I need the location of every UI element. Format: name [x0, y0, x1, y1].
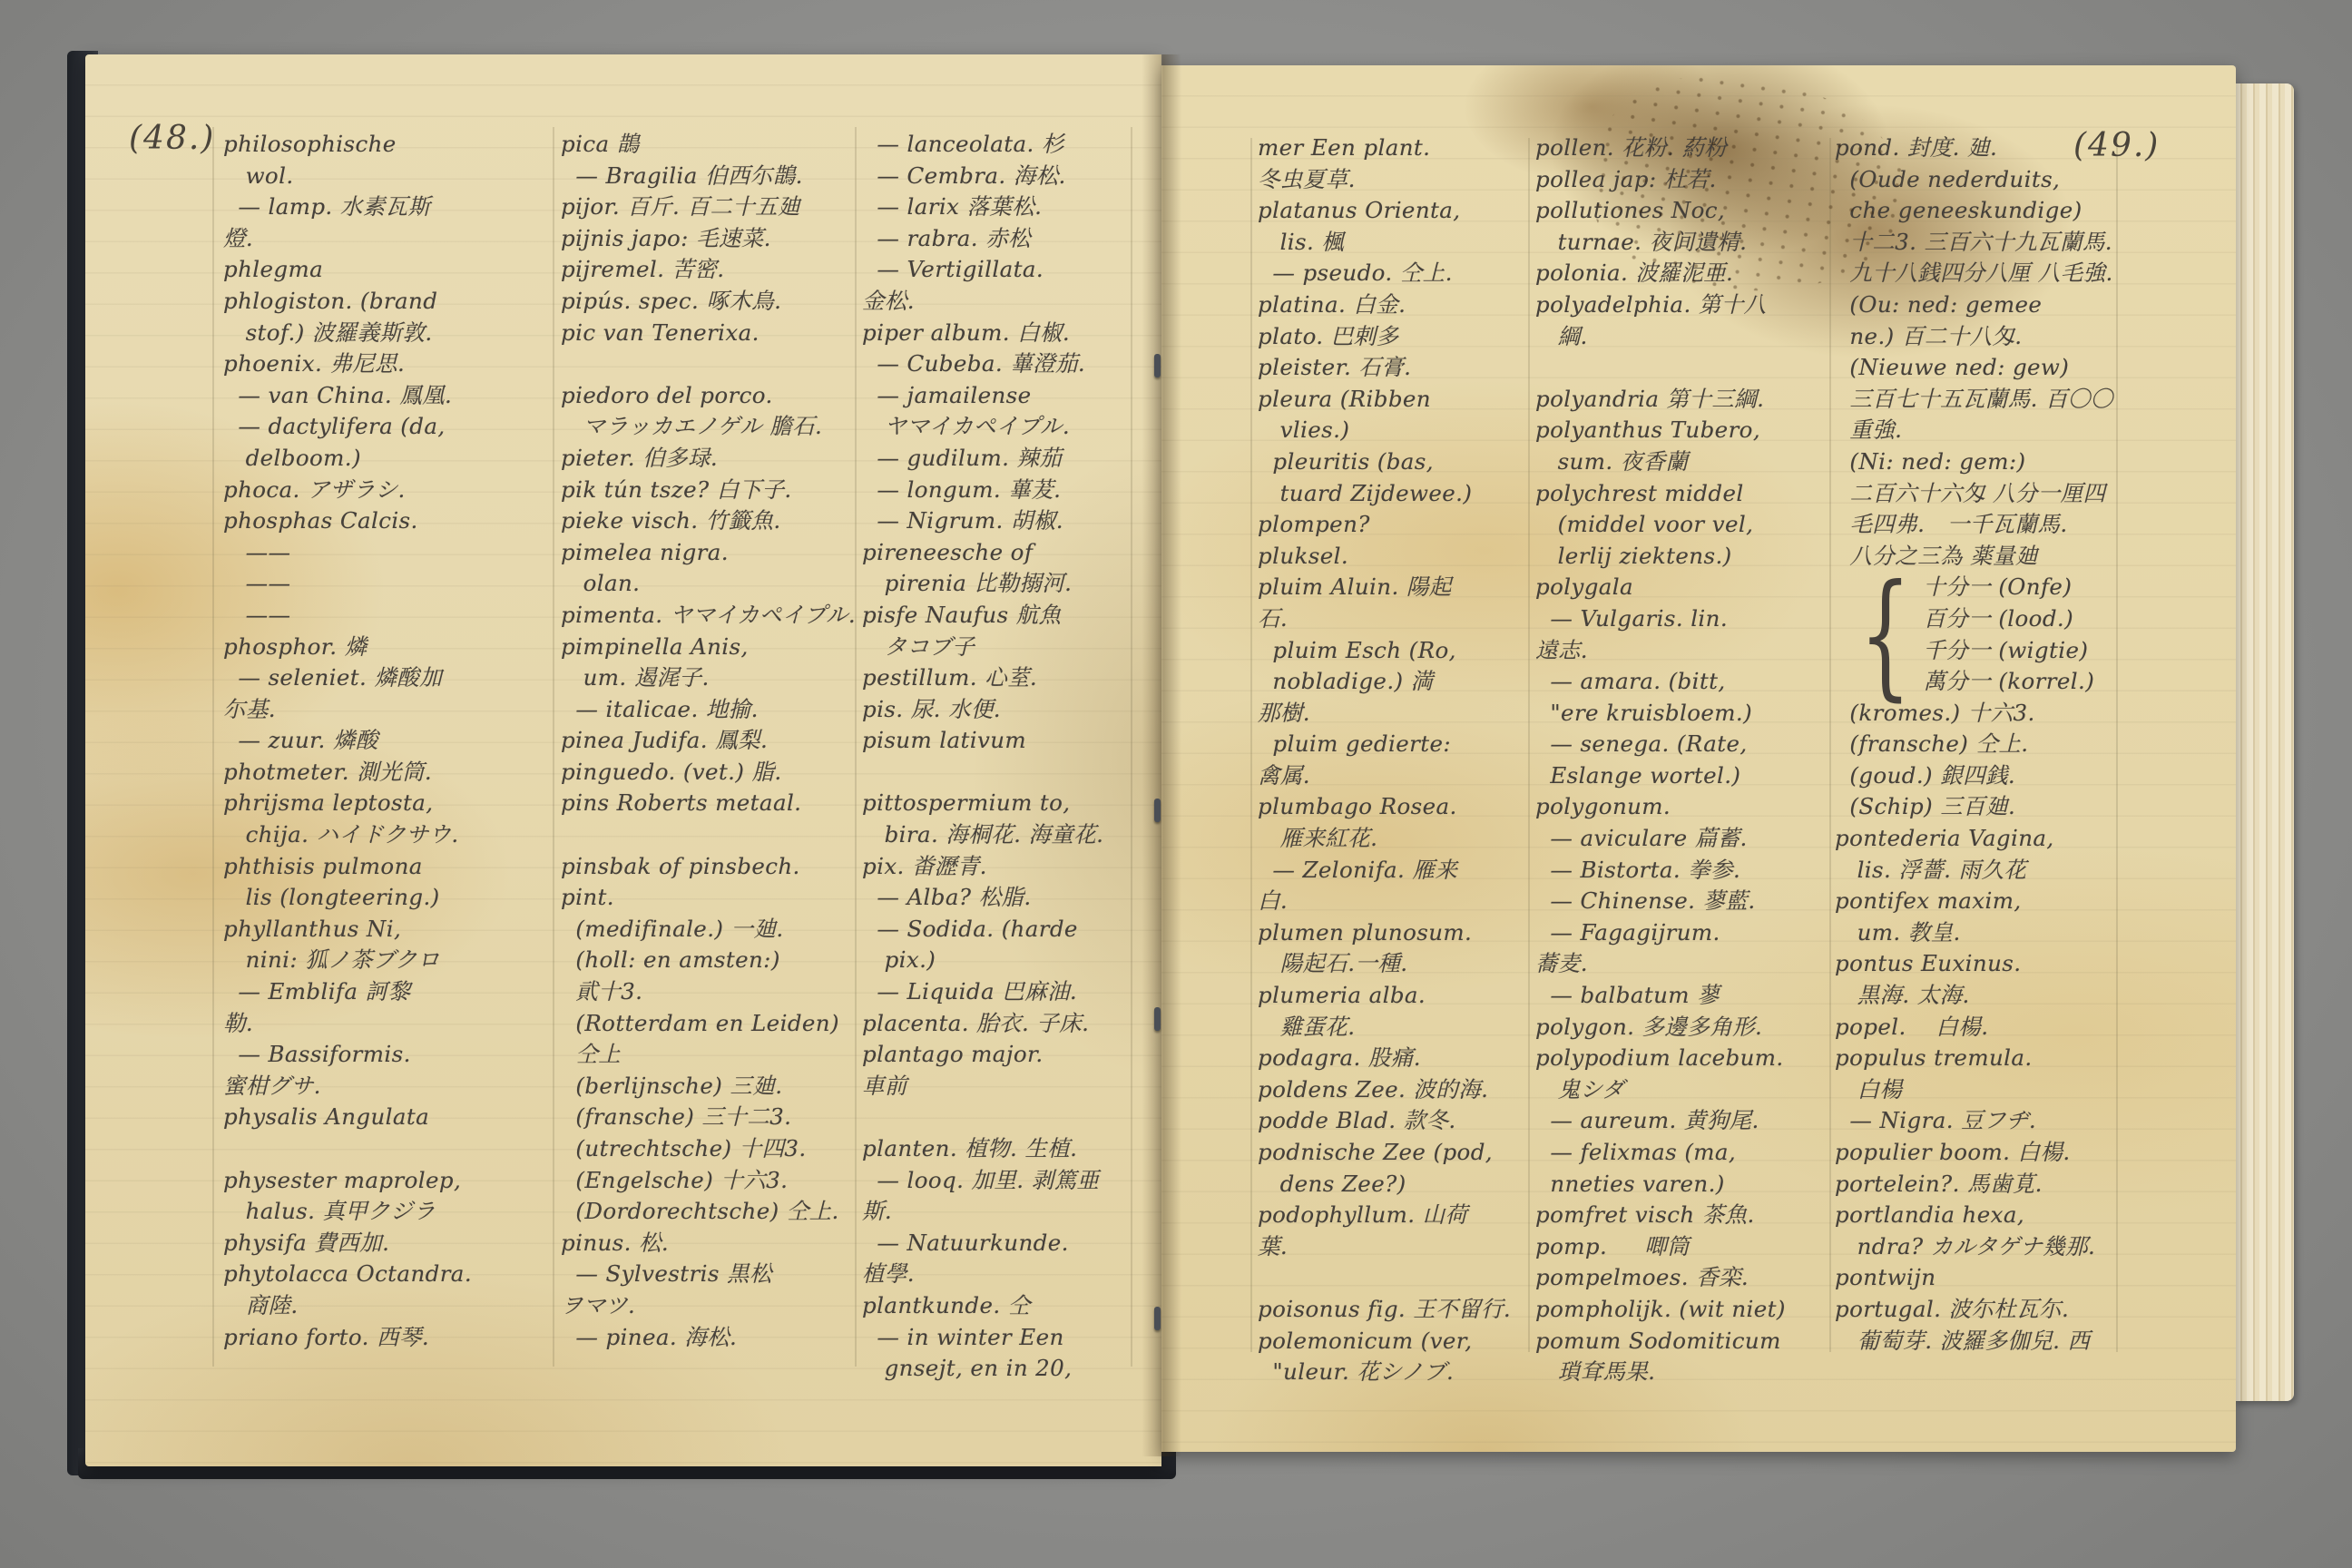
binding-stitch — [1154, 1007, 1161, 1031]
text-line: pint. — [561, 882, 860, 914]
text-line: 重強. — [1835, 415, 2198, 446]
text-line: マラッカエノゲル 膽石. — [561, 411, 860, 443]
binding-stitch — [1154, 354, 1161, 377]
page-number-left: (48.) — [129, 120, 215, 157]
text-line: plumeria alba. — [1258, 980, 1530, 1012]
text-line: 瑣耷馬果. — [1535, 1357, 1835, 1388]
text-line: 二百六十六匁 八分一厘四 — [1835, 478, 2198, 510]
text-line: — balbatum 蓼 — [1535, 980, 1835, 1012]
text-line: — rabra. 赤松 — [862, 223, 1143, 255]
text-line: 千分一 (wigtie) — [1923, 635, 2094, 667]
text-line: 雞蛋花. — [1258, 1012, 1530, 1044]
text-line: ヲマツ. — [561, 1290, 860, 1322]
text-line: pijnis japo: 毛速菜. — [561, 223, 860, 255]
text-line: — larix 落葉松. — [862, 191, 1143, 223]
text-line: 石. — [1258, 603, 1530, 635]
text-line: 陽起石.一種. — [1258, 948, 1530, 980]
text-line: — dactylifera (da, — [223, 411, 559, 443]
text-line: pomum Sodomiticum — [1535, 1326, 1835, 1357]
text-line: ndra? カルタゲナ幾那. — [1835, 1231, 2198, 1263]
binding-stitch — [1154, 799, 1161, 822]
text-line: 毛四弗. 一千瓦蘭馬. — [1835, 509, 2198, 541]
left-page: (48.) philosophische wol. — lamp. 水素瓦斯燈.… — [85, 54, 1161, 1466]
text-line: wol. — [223, 161, 559, 192]
text-line: 貮十3. — [561, 976, 860, 1008]
text-line: pomfret visch 茶魚. — [1535, 1200, 1835, 1231]
text-line: — Emblifa 訶黎 — [223, 976, 559, 1008]
weight-units-brace-group: { 十分一 (Onfe)百分一 (lood.)千分一 (wigtie)萬分一 (… — [1835, 572, 2198, 697]
text-line — [223, 1133, 559, 1165]
text-line: 鬼シダ — [1535, 1074, 1835, 1106]
text-line: populus tremula. — [1835, 1043, 2198, 1074]
page-edge-stack — [2234, 83, 2294, 1401]
text-line: 十分一 (Onfe) — [1923, 572, 2094, 603]
text-line: — in winter Een — [862, 1322, 1143, 1354]
text-line: — zuur. 燐酸 — [223, 725, 559, 757]
text-line — [862, 757, 1143, 789]
text-line: — looq. 加里. 剥篤亜 — [862, 1165, 1143, 1197]
text-line: philosophische — [223, 129, 559, 161]
text-line: pluim Aluin. 陽起 — [1258, 572, 1530, 603]
text-line: pinsbak of pinsbech. — [561, 851, 860, 883]
text-line: polemonicum (ver, — [1258, 1326, 1530, 1357]
text-line: pleura (Ribben — [1258, 384, 1530, 416]
text-line: pontifex maxim, — [1835, 886, 2198, 917]
text-line: pestillum. 心荎. — [862, 662, 1143, 694]
text-line: portelein?. 馬歯莧. — [1835, 1169, 2198, 1200]
text-line: — Zelonifa. 雁来 — [1258, 855, 1530, 887]
left-page-column-2: pica 鵲 — Bragilia 伯西尓鵲.pijor. 百斤. 百二十五廸p… — [561, 129, 860, 1353]
text-line: — van China. 鳳凰. — [223, 380, 559, 412]
text-line: — pinea. 海松. — [561, 1322, 860, 1354]
text-line: poldens Zee. 波的海. — [1258, 1074, 1530, 1106]
text-line: 禽属. — [1258, 760, 1530, 792]
text-line: — Fagagijrum. — [1535, 917, 1835, 949]
text-line: phosphor. 燐 — [223, 632, 559, 663]
column-rule — [212, 127, 214, 1367]
text-line: (holl: en amsten:) — [561, 945, 860, 976]
text-line: — Vertigillata. — [862, 254, 1143, 286]
text-line: chija. ハイドクサウ. — [223, 819, 559, 851]
text-line: — Bassiformis. — [223, 1039, 559, 1071]
text-line: podophyllum. 山荷 — [1258, 1200, 1530, 1231]
text-line: polypodium lacebum. — [1535, 1043, 1835, 1074]
text-line: — senega. (Rate, — [1535, 729, 1835, 760]
text-line — [561, 348, 860, 380]
text-line: —— — [223, 537, 559, 569]
text-line: pic van Tenerixa. — [561, 318, 860, 349]
text-line: 勒. — [223, 1008, 559, 1040]
text-line: phlegma — [223, 254, 559, 286]
text-line: — Vulgaris. lin. — [1535, 603, 1835, 635]
text-line: 葡萄芽. 波羅多伽兒. 西 — [1835, 1326, 2198, 1357]
text-line: plumbago Rosea. — [1258, 791, 1530, 823]
text-line: (Ou: ned: gemee — [1835, 289, 2198, 321]
text-line: pimpinella Anis, — [561, 632, 860, 663]
text-line: タコブ子 — [862, 632, 1143, 663]
text-line: (Nieuwe ned: gew) — [1835, 352, 2198, 384]
text-line: plompen? — [1258, 509, 1530, 541]
text-line: Eslange wortel.) — [1535, 760, 1835, 792]
text-line: polygonum. — [1535, 791, 1835, 823]
text-line: olan. — [561, 568, 860, 600]
photo-background: (48.) philosophische wol. — lamp. 水素瓦斯燈.… — [0, 0, 2352, 1568]
text-line: pipús. spec. 啄木鳥. — [561, 286, 860, 318]
text-line: 葉. — [1258, 1231, 1530, 1263]
text-line: 萬分一 (korrel.) — [1923, 666, 2094, 698]
text-line: polyandria 第十三綱. — [1535, 384, 1835, 416]
weight-unit-fractions: 十分一 (Onfe)百分一 (lood.)千分一 (wigtie)萬分一 (ko… — [1923, 572, 2094, 697]
text-line: pirenia 比勒搦河. — [862, 568, 1143, 600]
text-line: populier boom. 白楊. — [1835, 1137, 2198, 1169]
text-line: ne.) 百二十八匁. — [1835, 321, 2198, 353]
text-line: pluim gedierte: — [1258, 729, 1530, 760]
text-line: 仝上 — [561, 1039, 860, 1071]
text-line: 雁来紅花. — [1258, 823, 1530, 855]
book-gutter-shadow — [1142, 54, 1181, 1456]
text-line: pisum lativum — [862, 725, 1143, 757]
text-line: —— — [223, 568, 559, 600]
right-page-column-3: pond. 封度. 廸. (Oude nederduits, che genee… — [1835, 132, 2198, 1357]
text-line: photmeter. 測光筒. — [223, 757, 559, 789]
text-line: pisfe Naufus 航魚 — [862, 600, 1143, 632]
text-line: — seleniet. 燐酸加 — [223, 662, 559, 694]
text-line: polygon. 多邊多角形. — [1535, 1012, 1835, 1044]
text-line: pontederia Vagina, — [1835, 823, 2198, 855]
text-line: plantago major. — [862, 1039, 1143, 1071]
text-line: pijor. 百斤. 百二十五廸 — [561, 191, 860, 223]
text-line: podagra. 股痛. — [1258, 1043, 1530, 1074]
text-line: vlies.) — [1258, 415, 1530, 446]
text-line: (fransche) 三十二3. — [561, 1102, 860, 1133]
text-line: 尓基. — [223, 694, 559, 726]
text-line: (Dordorechtsche) 仝上. — [561, 1196, 860, 1228]
text-line: sum. 夜香蘭 — [1535, 446, 1835, 478]
text-line: pleister. 石膏. — [1258, 352, 1530, 384]
right-page-column-1: mer Een plant.冬虫夏草.platanus Orienta, lis… — [1258, 132, 1530, 1388]
text-line: (goud.) 銀四銭. — [1835, 760, 2198, 792]
text-line: physester maprolep, — [223, 1165, 559, 1197]
text-line: 燈. — [223, 223, 559, 255]
text-line: — Chinense. 蓼藍. — [1535, 886, 1835, 917]
text-line: plantkunde. 仝 — [862, 1290, 1143, 1322]
text-line: pluksel. — [1258, 541, 1530, 573]
text-line: mer Een plant. — [1258, 132, 1530, 164]
text-line: 斯. — [862, 1196, 1143, 1228]
text-line: (medifinale.) 一廸. — [561, 914, 860, 946]
text-line: — lamp. 水素瓦斯 — [223, 191, 559, 223]
text-line: — Nigra. 豆フヂ. — [1835, 1105, 2198, 1137]
text-line: pimelea nigra. — [561, 537, 860, 569]
text-line: pinea Judifa. 鳳梨. — [561, 725, 860, 757]
text-line: phytolacca Octandra. — [223, 1259, 559, 1290]
text-line: phosphas Calcis. — [223, 505, 559, 537]
text-line: pontus Euxinus. — [1835, 948, 2198, 980]
text-line: nobladige.) 満 — [1258, 666, 1530, 698]
text-line: platina. 白金. — [1258, 289, 1530, 321]
text-line: delboom.) — [223, 443, 559, 475]
text-line: pix.) — [862, 945, 1143, 976]
text-line: polyanthus Tubero, — [1535, 415, 1835, 446]
text-line: — felixmas (ma, — [1535, 1137, 1835, 1169]
text-line: phthisis pulmona — [223, 851, 559, 883]
text-line: pieter. 伯多琭. — [561, 443, 860, 475]
text-line: pik tún tsze? 白下子. — [561, 475, 860, 506]
text-line: placenta. 胎衣. 子床. — [862, 1008, 1143, 1040]
text-line: pica 鵲 — [561, 129, 860, 161]
text-line: pireneesche of — [862, 537, 1143, 569]
text-line: nini: 狐ノ茶ブクロ — [223, 945, 559, 976]
text-line: podde Blad. 款冬. — [1258, 1105, 1530, 1137]
text-line — [1535, 352, 1835, 384]
text-line: polyadelphia. 第十八 — [1535, 289, 1835, 321]
pond-weights-bottom: (kromes.) 十六3. (fransche) 仝上. (goud.) 銀四… — [1835, 698, 2198, 1357]
text-line: portlandia hexa, — [1835, 1200, 2198, 1231]
text-line: platanus Orienta, — [1258, 195, 1530, 227]
text-line — [862, 1102, 1143, 1133]
text-line: stof.) 波羅義斯敦. — [223, 318, 559, 349]
text-line: 百分一 (lood.) — [1923, 603, 2094, 635]
text-line: phrijsma leptosta, — [223, 788, 559, 819]
text-line: pluim Esch (Ro, — [1258, 635, 1530, 667]
text-line: (Ni: ned: gem:) — [1835, 446, 2198, 478]
text-line: — italicae. 地揄. — [561, 694, 860, 726]
text-line: lerlij ziektens.) — [1535, 541, 1835, 573]
text-line: physalis Angulata — [223, 1102, 559, 1133]
text-line: (Schip) 三百廸. — [1835, 791, 2198, 823]
text-line: — aureum. 黄狗尾. — [1535, 1105, 1835, 1137]
text-line: plumen plunosum. — [1258, 917, 1530, 949]
text-line: — aviculare 萹蓄. — [1535, 823, 1835, 855]
text-line: physifa 費西加. — [223, 1228, 559, 1259]
text-line: 白. — [1258, 886, 1530, 917]
text-line: lis. 楓 — [1258, 227, 1530, 259]
text-line: um. 遏浘子. — [561, 662, 860, 694]
text-line: — amara. (bitt, — [1535, 666, 1835, 698]
left-page-column-3: — lanceolata. 杉 — Cembra. 海松. — larix 落葉… — [862, 129, 1143, 1385]
text-line: 三百七十五瓦蘭馬. 百〇〇 — [1835, 384, 2198, 416]
text-line: — Sylvestris 黒松 — [561, 1259, 860, 1290]
text-line: um. 教皇. — [1835, 917, 2198, 949]
text-line: "ere kruisbloem.) — [1535, 698, 1835, 730]
text-line: — Bistorta. 拳参. — [1535, 855, 1835, 887]
text-line: lis (longteering.) — [223, 882, 559, 914]
text-line: — longum. 蓽茇. — [862, 475, 1143, 506]
text-line: podnische Zee (pod, — [1258, 1137, 1530, 1169]
text-line: — Liquida 巴麻油. — [862, 976, 1143, 1008]
text-line: 那樹. — [1258, 698, 1530, 730]
text-line: pijremel. 苦密. — [561, 254, 860, 286]
text-line — [561, 819, 860, 851]
text-line: planten. 植物. 生植. — [862, 1133, 1143, 1165]
text-line — [1258, 1262, 1530, 1294]
text-line: pompholijk. (wit niet) — [1535, 1294, 1835, 1326]
text-line: — lanceolata. 杉 — [862, 129, 1143, 161]
left-page-column-1: philosophische wol. — lamp. 水素瓦斯燈.phlegm… — [223, 129, 559, 1353]
text-line: 白楊 — [1835, 1074, 2198, 1106]
text-line: pinus. 松. — [561, 1228, 860, 1259]
text-line: 商陸. — [223, 1290, 559, 1322]
text-line: pimenta. ヤマイカペイプル. — [561, 600, 860, 632]
text-line: gnsejt, en in 20, — [862, 1353, 1143, 1385]
text-line: plato. 巴剌多 — [1258, 321, 1530, 353]
text-line: (berlijnsche) 三廸. — [561, 1071, 860, 1102]
text-line: pontwijn — [1835, 1262, 2198, 1294]
text-line: 車前 — [862, 1071, 1143, 1102]
text-line: pix. 畨瀝青. — [862, 851, 1143, 883]
text-line: popel. 白楊. — [1835, 1012, 2198, 1044]
text-line: piedoro del porco. — [561, 380, 860, 412]
text-line: ヤマイカペイプル. — [862, 411, 1143, 443]
text-line: — Cubeba. 蓽澄茄. — [862, 348, 1143, 380]
text-line: piper album. 白椒. — [862, 318, 1143, 349]
text-line: "uleur. 花シノブ. — [1258, 1357, 1530, 1388]
text-line: pieke visch. 竹籤魚. — [561, 505, 860, 537]
text-line: polychrest middel — [1535, 478, 1835, 510]
text-line: — Natuurkunde. — [862, 1228, 1143, 1259]
text-line: pinguedo. (vet.) 脂. — [561, 757, 860, 789]
text-line: — Cembra. 海松. — [862, 161, 1143, 192]
text-line: portugal. 波尓杜瓦尓. — [1835, 1294, 2198, 1326]
text-line: 蕎麦. — [1535, 948, 1835, 980]
text-line: — jamailense — [862, 380, 1143, 412]
text-line: pleuritis (bas, — [1258, 446, 1530, 478]
text-line: 植學. — [862, 1259, 1143, 1290]
text-line: pis. 尿. 水便. — [862, 694, 1143, 726]
text-line: pomp. 唧筒 — [1535, 1231, 1835, 1263]
text-line: dens Zee?) — [1258, 1169, 1530, 1200]
text-line: (Rotterdam en Leiden) — [561, 1008, 860, 1040]
text-line: 金松. — [862, 286, 1143, 318]
text-line: 九十八銭四分八厘 八毛強. — [1835, 258, 2198, 289]
text-line: polygala — [1535, 572, 1835, 603]
text-line: 遠志. — [1535, 635, 1835, 667]
text-line: — pseudo. 仝上. — [1258, 258, 1530, 289]
text-line: tuard Zijdewee.) — [1258, 478, 1530, 510]
text-line: — Sodida. (harde — [862, 914, 1143, 946]
text-line: 蜜柑グサ. — [223, 1071, 559, 1102]
text-line: 冬虫夏草. — [1258, 164, 1530, 196]
text-line: bira. 海桐花. 海童花. — [862, 819, 1143, 851]
text-line: — Bragilia 伯西尓鵲. — [561, 161, 860, 192]
text-line: phlogiston. (brand — [223, 286, 559, 318]
text-line: phoca. アザラシ. — [223, 475, 559, 506]
brace-icon: { — [1859, 573, 1911, 698]
text-line: phyllanthus Ni, — [223, 914, 559, 946]
text-line: pins Roberts metaal. — [561, 788, 860, 819]
text-line: — Nigrum. 胡椒. — [862, 505, 1143, 537]
text-line: (utrechtsche) 十四3. — [561, 1133, 860, 1165]
right-page-column-2: pollen. 花粉. 葯粉pollea jap: 杜若.pollutiones… — [1535, 132, 1835, 1388]
text-line: 綱. — [1535, 321, 1835, 353]
text-line: — Alba? 松脂. — [862, 882, 1143, 914]
text-line: nneties varen.) — [1535, 1169, 1835, 1200]
text-line: lis. 浮薔. 雨久花 — [1835, 855, 2198, 887]
text-line: phoenix. 弗尼思. — [223, 348, 559, 380]
binding-stitch — [1154, 1307, 1161, 1330]
text-line: —— — [223, 600, 559, 632]
text-line: pittospermium to, — [862, 788, 1143, 819]
text-line: — gudilum. 辣茄 — [862, 443, 1143, 475]
text-line: (fransche) 仝上. — [1835, 729, 2198, 760]
text-line: (Engelsche) 十六3. — [561, 1165, 860, 1197]
text-line: halus. 真甲クジラ — [223, 1196, 559, 1228]
text-line: priano forto. 西琴. — [223, 1322, 559, 1354]
text-line: (middel voor vel, — [1535, 509, 1835, 541]
text-line: pompelmoes. 香栾. — [1535, 1262, 1835, 1294]
text-line: poisonus fig. 王不留行. — [1258, 1294, 1530, 1326]
text-line: 黒海. 太海. — [1835, 980, 2198, 1012]
column-rule — [1250, 138, 1252, 1352]
